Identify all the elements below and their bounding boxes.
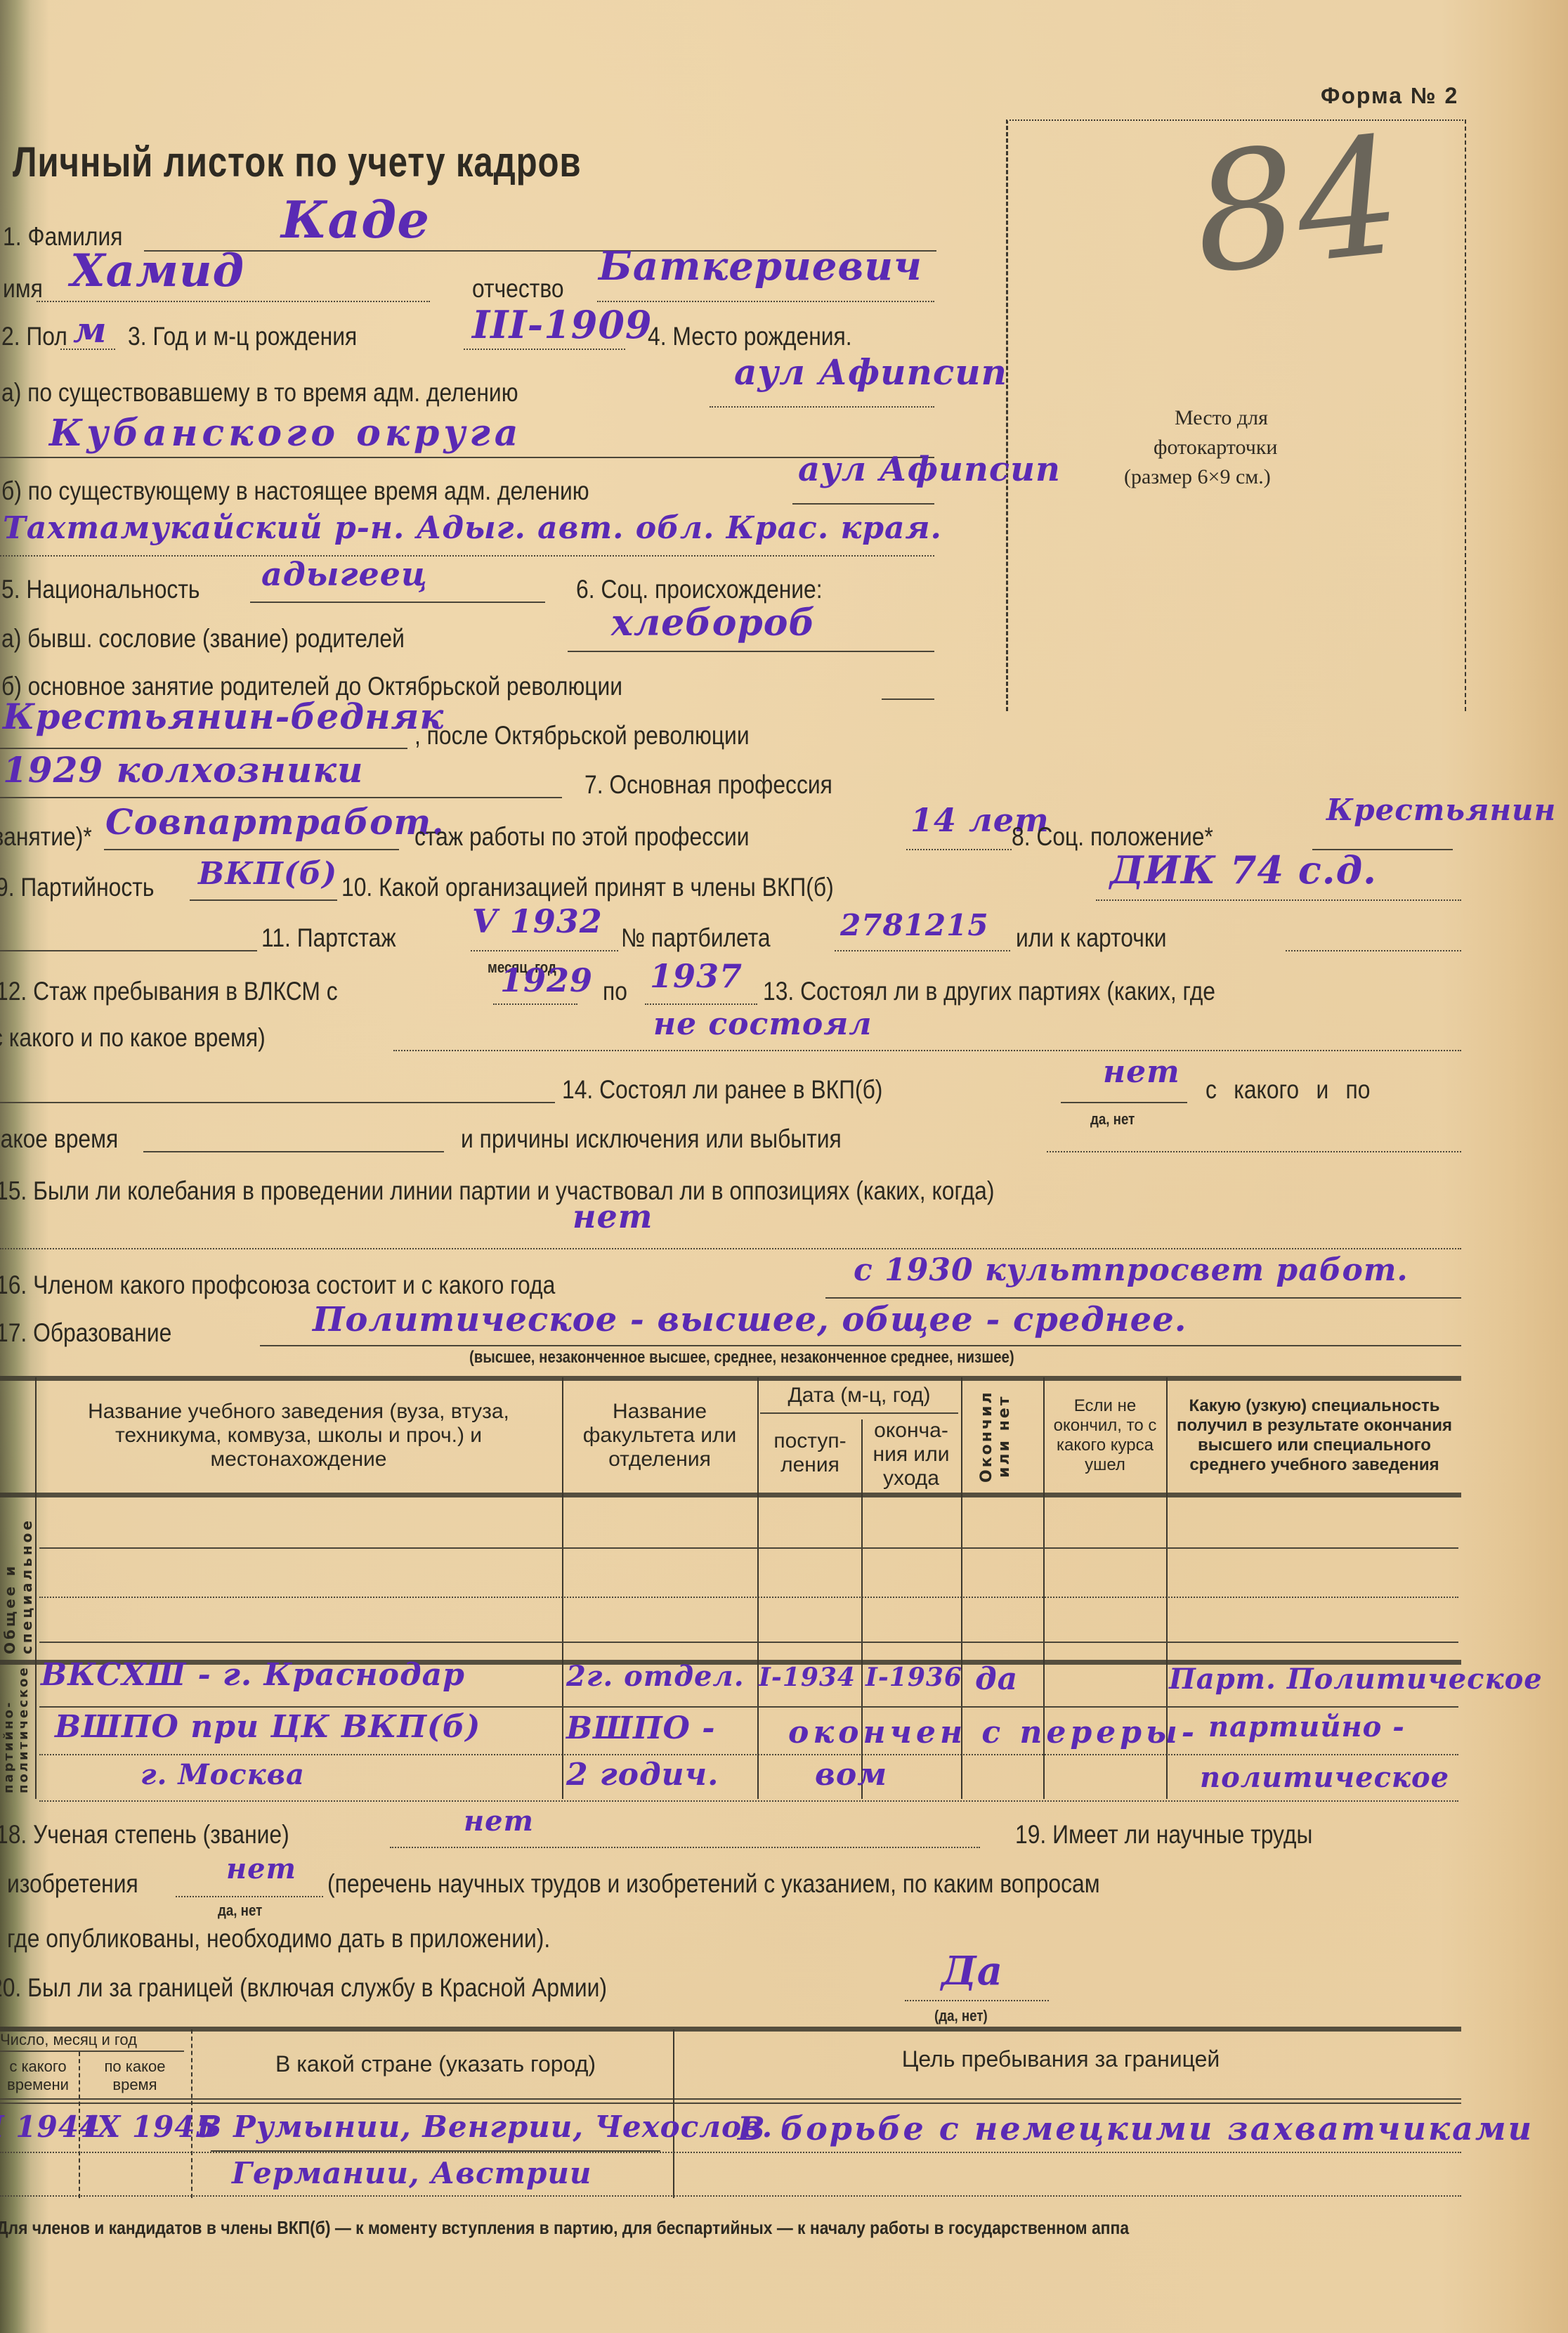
parents-estate-field[interactable]: хлебороб (611, 602, 816, 644)
col-institution: Название учебного заведения (вуза, втуза… (42, 1383, 555, 1488)
col-specialty: Какую (узкую) специальность получил в ре… (1169, 1382, 1460, 1490)
sex-field[interactable]: м (73, 309, 107, 351)
abroad-label: 20. Был ли за границей (включая службу в… (0, 1973, 607, 2003)
social-origin-label: 6. Соц. происхождение: (576, 575, 823, 604)
edu-row-3-institution[interactable]: г. Москва (141, 1758, 305, 1791)
footnote: * Для членов и кандидатов в члены ВКП(б)… (0, 2217, 1129, 2239)
birthplace-then-label: а) по существовавшему в то время адм. де… (1, 378, 518, 408)
patronymic-label: отчество (472, 274, 564, 304)
scientific-works-label: 19. Имеет ли научные труды (1015, 1820, 1312, 1850)
deviations-field[interactable]: нет (573, 1197, 653, 1235)
surname-field[interactable]: Каде (281, 190, 430, 249)
abroad-row-1-purpose[interactable]: В борьбе с немецкими захватчиками (738, 2110, 1534, 2147)
edu-row-2-faculty[interactable]: ВШПО - (566, 1710, 715, 1746)
inventions-field[interactable]: нет (226, 1852, 296, 1885)
birthplace-now-label: б) по существующему в настоящее время ад… (1, 476, 589, 506)
trade-union-field[interactable]: с 1930 культпросвет работ. (854, 1252, 1409, 1288)
other-parties-label-2: с какого и по какое время) (0, 1023, 266, 1053)
abroad-hint: (да, нет) (934, 2007, 988, 2025)
photo-caption-3: (размер 6×9 см.) (1124, 465, 1271, 489)
edu-row-1-finished[interactable]: да (975, 1661, 1018, 1697)
party-tenure-field[interactable]: V 1932 (472, 902, 603, 940)
edu-row-1-completion[interactable]: I-1936 (865, 1663, 962, 1692)
profession-label: 7. Основная профессия (584, 770, 832, 800)
birthplace-then-field-1[interactable]: аул Афипсип (734, 351, 1007, 393)
birth-date-field[interactable]: III-1909 (472, 302, 652, 347)
komsomol-label: 12. Стаж пребывания в ВЛКСМ с (0, 977, 338, 1006)
group-political-label: партийно-политическое (1, 1667, 32, 1793)
exclusion-reason-label: и причины исключения или выбытия (461, 1124, 842, 1154)
education-field[interactable]: Политическое - высшее, общее - среднее. (313, 1300, 1187, 1339)
photo-caption-1: Место для (1175, 406, 1268, 430)
parents-estate-label: а) бывш. сословие (звание) родителей (1, 624, 405, 654)
or-card-label: или к карточки (1016, 923, 1167, 953)
other-parties-label: 13. Состоял ли в других партиях (каких, … (763, 977, 1215, 1006)
parents-occupation-before-field[interactable]: Крестьянин-бедняк (3, 696, 444, 737)
social-status-field[interactable]: Крестьянин (1326, 793, 1556, 827)
inventions-cont-label-2: где опубликованы, необходимо дать в прил… (7, 1924, 550, 1954)
prev-member-field[interactable]: нет (1103, 1054, 1180, 1090)
col-course-left: Если не окончил, то с какого курса ушел (1047, 1383, 1163, 1488)
education-label: 17. Образование (0, 1318, 171, 1348)
profession-field[interactable]: Совпартработ. (105, 801, 445, 843)
edu-row-2-institution[interactable]: ВШПО при ЦК ВКП(б) (55, 1709, 481, 1745)
page-title: Личный листок по учету кадров (13, 138, 581, 186)
edu-row-3-completion[interactable]: вом (815, 1757, 887, 1793)
edu-row-2-specialty[interactable]: партийно - (1208, 1710, 1405, 1743)
edu-row-3-specialty[interactable]: политическое (1200, 1761, 1449, 1794)
edu-row-1-admission[interactable]: I-1934 (759, 1663, 856, 1692)
edu-row-2-completion[interactable]: окончен с переры- (788, 1715, 1198, 1750)
party-card-field[interactable]: 2781215 (840, 908, 989, 942)
education-hint: (высшее, незаконченное высшее, среднее, … (469, 1348, 1014, 1367)
party-label: 9. Партийность (0, 873, 154, 902)
degree-label: 18. Ученая степень (звание) (0, 1820, 289, 1850)
patronymic-field[interactable]: Баткериевич (599, 243, 922, 290)
prev-member-hint: да, нет (1090, 1110, 1135, 1129)
abroad-col-purpose: Цель пребывания за границей (815, 2038, 1307, 2080)
abroad-col-country: В какой стране (указать город) (267, 2034, 604, 2094)
col-date-group: Дата (м-ц, год) (759, 1380, 960, 1411)
edu-row-1-institution[interactable]: ВКСХШ - г. Краснодар (41, 1657, 465, 1693)
col-finished: Окончил или нет (978, 1384, 1027, 1488)
trade-union-label: 16. Членом какого профсоюза состоит и с … (0, 1271, 555, 1300)
birthplace-now-field-1[interactable]: аул Афипсип (798, 450, 1061, 489)
admitting-org-field[interactable]: ДИК 74 с.д. (1110, 847, 1377, 892)
abroad-col-to: по какое время (81, 2055, 188, 2097)
other-parties-field[interactable]: не состоял (653, 1006, 872, 1042)
prev-member-cont-label: с какого и по (1206, 1075, 1370, 1105)
komsomol-to-field[interactable]: 1937 (650, 957, 743, 995)
edu-row-1-faculty[interactable]: 2г. отдел. (566, 1660, 745, 1693)
admitting-org-label: 10. Какой организацией принят в члены ВК… (341, 873, 834, 902)
komsomol-to-label: по (603, 977, 627, 1006)
komsomol-from-field[interactable]: 1929 (500, 961, 593, 999)
birthplace-then-field-2[interactable]: Кубанского округа (49, 412, 522, 455)
col-admission: поступ-ления (762, 1418, 858, 1488)
abroad-col-from: с какого времени (0, 2055, 76, 2097)
stamp-number: 84 (1185, 102, 1409, 310)
profession-experience-label: стаж работы по этой профессии (414, 822, 750, 852)
name-label: имя (3, 274, 43, 304)
edu-row-1-specialty[interactable]: Парт. Политическое (1169, 1663, 1543, 1696)
prev-member-label: 14. Состоял ли ранее в ВКП(б) (562, 1075, 882, 1105)
profession-sub-label: (занятие)* (0, 822, 92, 852)
parents-occupation-after-field[interactable]: 1929 колхозники (3, 749, 363, 791)
photo-caption-2: фотокарточки (1154, 436, 1277, 460)
after-revolution-label: , после Октябрьской революции (414, 721, 750, 750)
birth-date-label: 3. Год и м-ц рождения (128, 322, 357, 351)
birthplace-label: 4. Место рождения. (648, 322, 852, 351)
birthplace-now-field-2[interactable]: Тахтамукайский р-н. Адыг. авт. обл. Крас… (3, 510, 942, 546)
party-card-number-label: № партбилета (621, 923, 771, 953)
abroad-row-2-country[interactable]: Германии, Австрии (232, 2156, 592, 2190)
col-completion: оконча-ния или ухода (864, 1418, 958, 1491)
party-field[interactable]: ВКП(б) (198, 856, 337, 892)
abroad-col-date-group: Число, месяц и год (0, 2031, 137, 2049)
degree-field[interactable]: нет (464, 1805, 534, 1838)
sex-label: 2. Пол (1, 322, 67, 351)
group-general-label: Общее и специальное (1, 1500, 32, 1654)
deviations-label: 15. Были ли колебания в проведении линии… (0, 1176, 994, 1206)
name-field[interactable]: Хамид (70, 245, 244, 297)
party-tenure-label: 11. Партстаж (261, 923, 396, 953)
inventions-hint: да, нет (218, 1902, 262, 1920)
nationality-field[interactable]: адыгеец (261, 555, 428, 593)
inventions-cont-label: (перечень научных трудов и изобретений с… (327, 1869, 1100, 1899)
prev-member-period-label: какое время (0, 1124, 118, 1154)
nationality-label: 5. Национальность (1, 575, 200, 604)
abroad-field[interactable]: Да (941, 1948, 1003, 1994)
col-faculty: Название факультета или отделения (568, 1383, 752, 1488)
abroad-row-1-country[interactable]: В Румынии, Венгрии, Чехослов. (197, 2110, 773, 2144)
inventions-label: изобретения (7, 1869, 138, 1899)
edu-row-3-faculty[interactable]: 2 годич. (566, 1757, 719, 1793)
